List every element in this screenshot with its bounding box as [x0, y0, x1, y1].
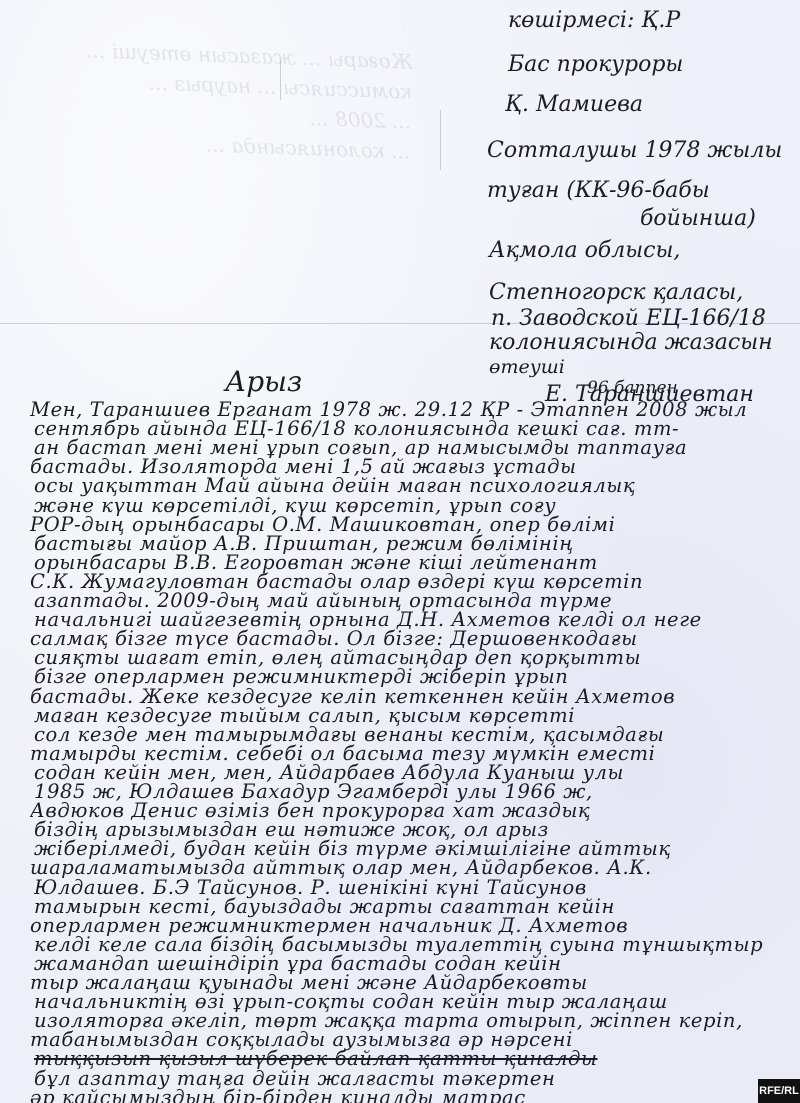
address-line: Қ. Мамиева [505, 92, 643, 117]
scanned-letter-page: Жоғары ... жазасын өтеуші ... комиссиясы… [0, 0, 800, 1103]
address-line: п. Заводской ЕЦ-166/18 [491, 306, 766, 331]
address-line: туған (КК-96-бабы [487, 178, 710, 203]
address-line: Ақмола облысы, [489, 238, 680, 263]
grid-line [280, 60, 281, 100]
address-line: Сотталушы 1978 жылы [487, 138, 782, 163]
letter-line: әр қайсымыздың бір-бірден қиналды матрас [30, 1086, 790, 1103]
address-line: көшірмесі: Қ.Р [508, 8, 680, 33]
grid-line [440, 110, 441, 170]
address-line: Степногорск қаласы, [489, 280, 743, 305]
address-line: Бас прокуроры [508, 52, 683, 77]
address-line: бойынша) [640, 206, 756, 231]
bleed-through-text: Жоғары ... жазасын өтеуші ... комиссиясы… [26, 33, 414, 276]
document-title: Арыз [225, 365, 302, 398]
address-line: өтеуші [489, 356, 565, 378]
address-line: колониясында жазасын [489, 330, 773, 355]
margin-note: 96 баппен [587, 378, 678, 398]
rferl-watermark: RFE/RL [758, 1079, 800, 1103]
